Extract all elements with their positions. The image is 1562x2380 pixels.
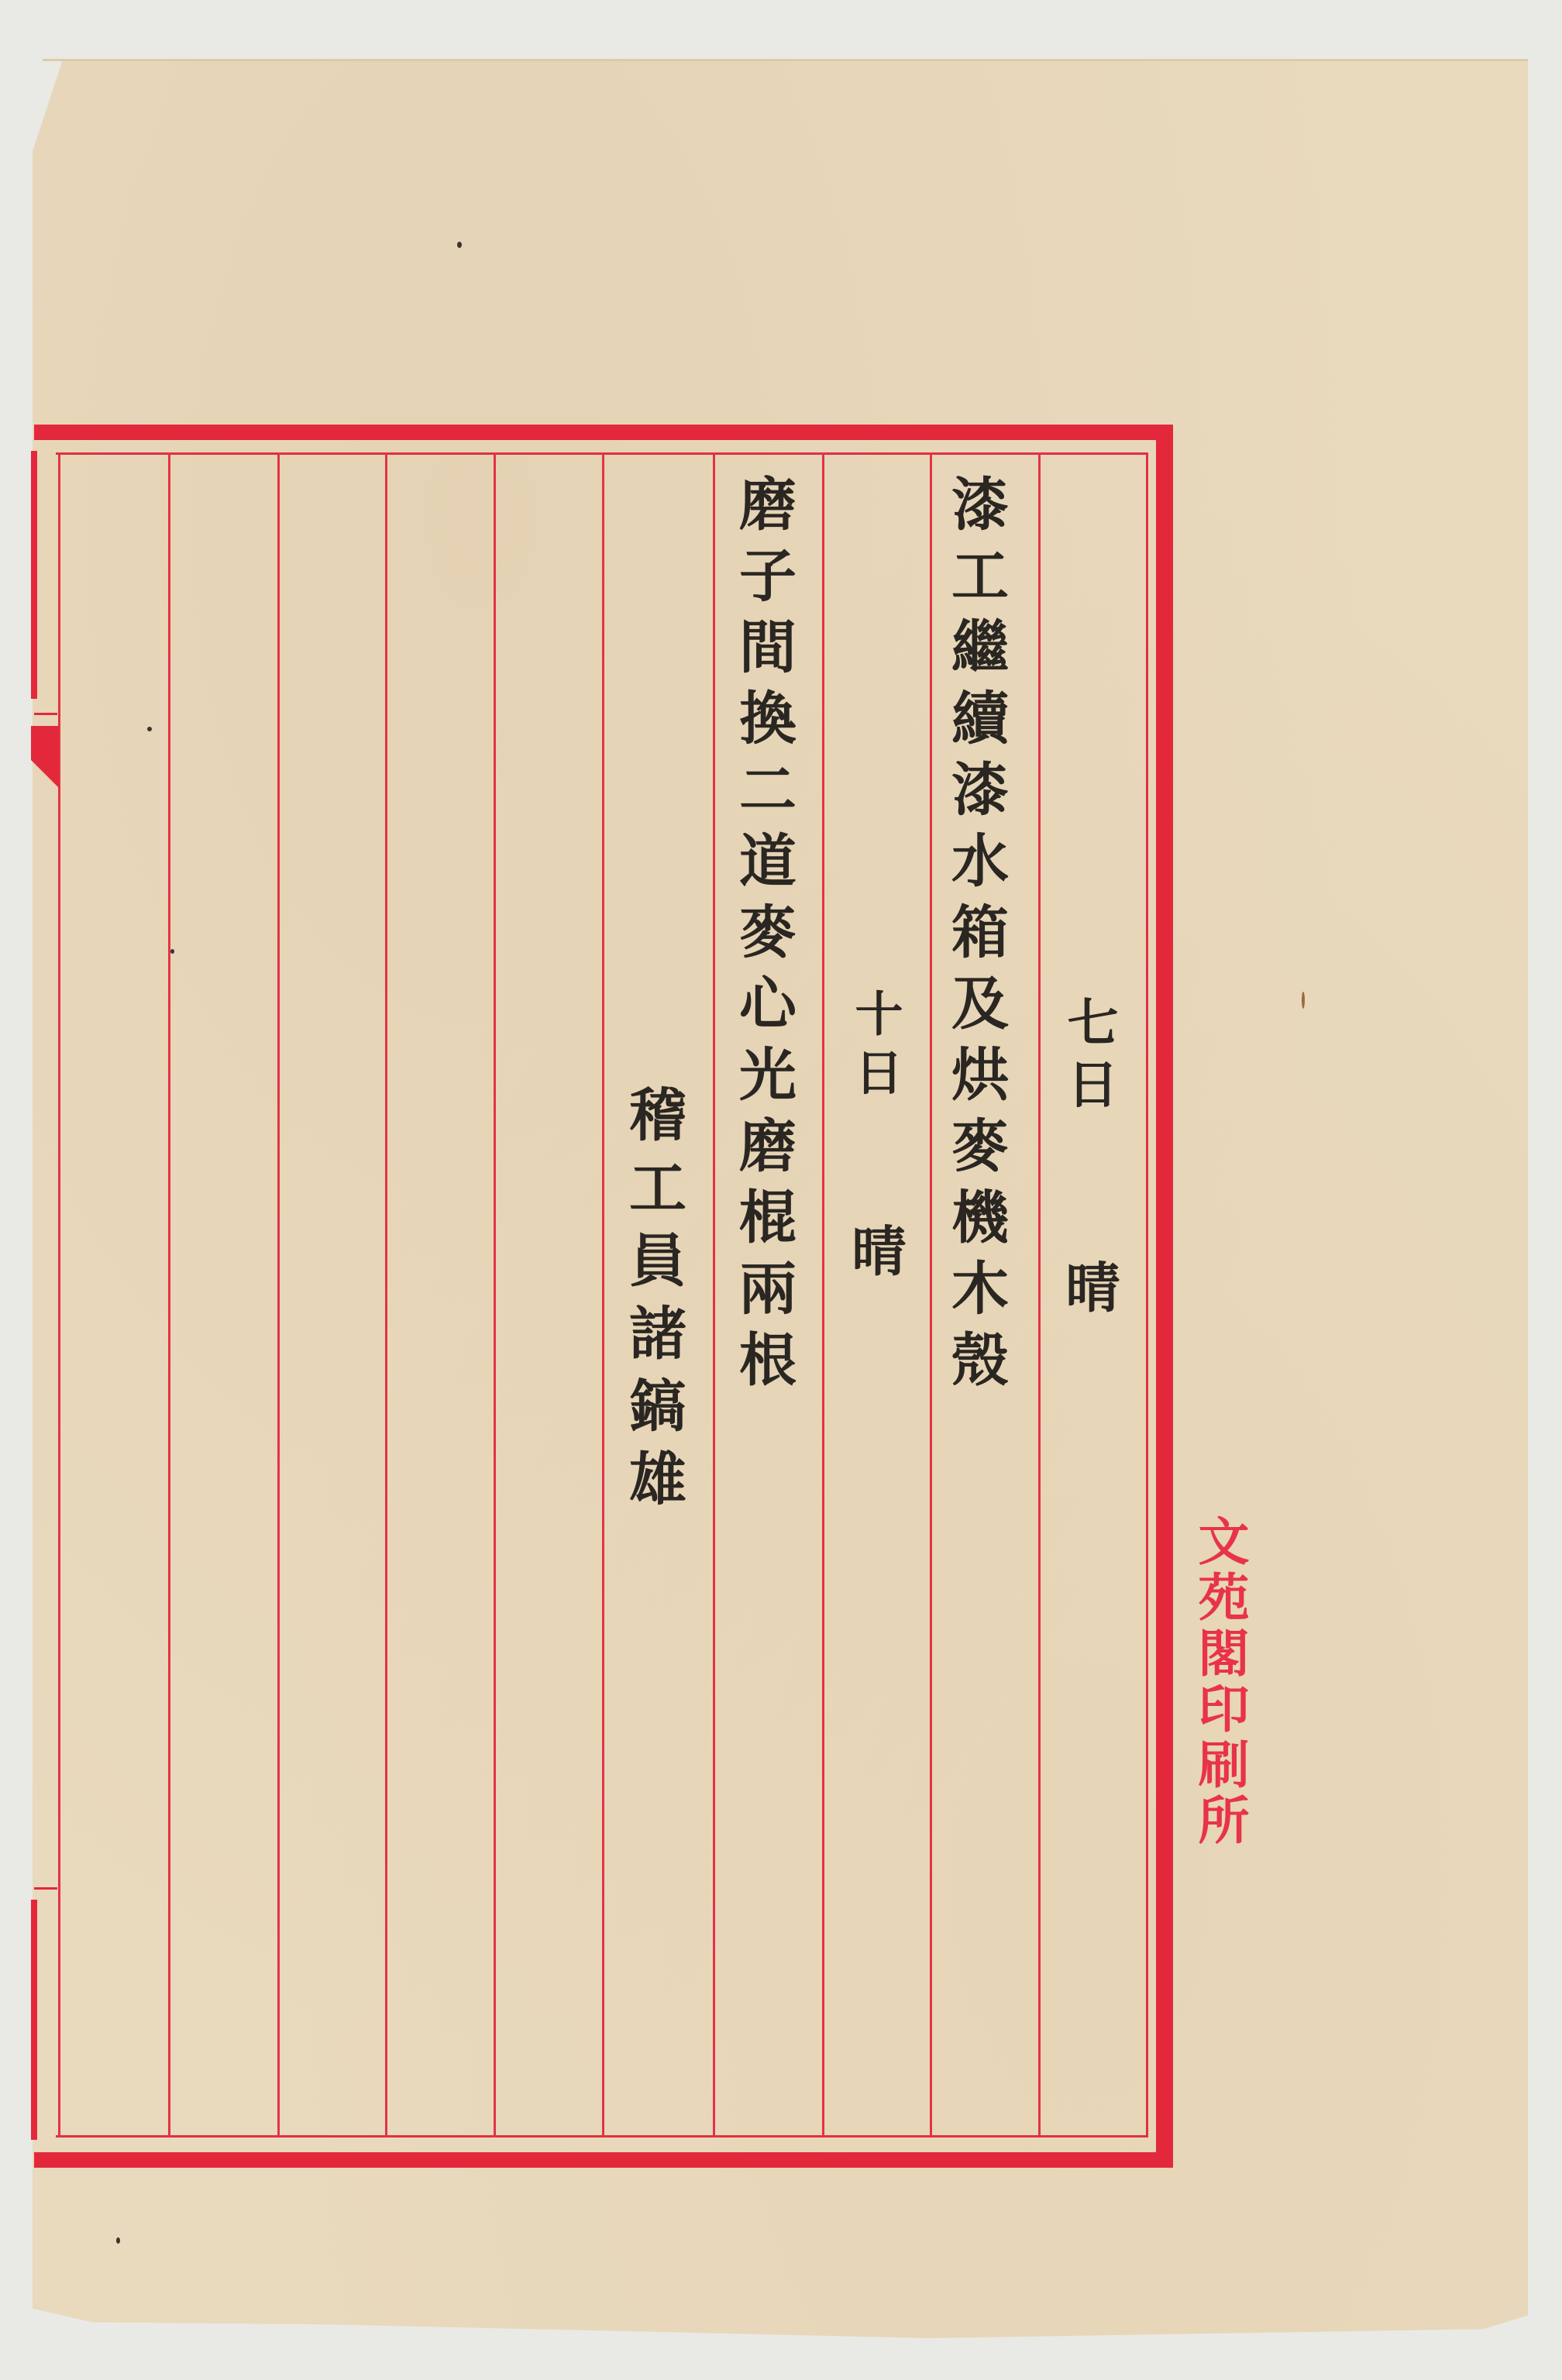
column-rule	[602, 452, 604, 2138]
column-rule	[713, 452, 715, 2138]
entry-date: 七日	[1063, 996, 1114, 1119]
paper-speck	[116, 2237, 120, 2244]
fold-margin-bar	[31, 1900, 37, 2140]
entry-weather: 晴	[1061, 1259, 1116, 1324]
column-rule	[58, 452, 60, 2138]
paper-speck	[457, 242, 462, 248]
paper-speck	[170, 949, 174, 954]
paper-top-edge	[43, 59, 1528, 61]
fold-tick	[34, 1887, 57, 1890]
column-rule	[494, 452, 496, 2138]
printer-stamp: 文苑閣印刷所	[1193, 1515, 1244, 1849]
entry-description: 磨子間換二道麥心光磨棍兩根	[735, 474, 792, 1401]
column-rule	[168, 452, 170, 2138]
column-rule	[1038, 452, 1041, 2138]
paper-speck	[1302, 992, 1305, 1009]
fold-margin-bar	[31, 451, 37, 699]
paper-speck	[147, 727, 152, 731]
column-rule	[930, 452, 932, 2138]
inspector-signature: 稽工員諸鎬雄	[624, 1085, 682, 1522]
entry-description: 漆工繼續漆水箱及烘麥機木殼	[947, 474, 1004, 1401]
fold-tick	[34, 713, 57, 715]
column-rule	[822, 452, 824, 2138]
entry-date: 十日	[851, 989, 899, 1106]
column-rule	[277, 452, 280, 2138]
entry-weather: 晴	[848, 1223, 902, 1288]
column-rule	[385, 452, 387, 2138]
